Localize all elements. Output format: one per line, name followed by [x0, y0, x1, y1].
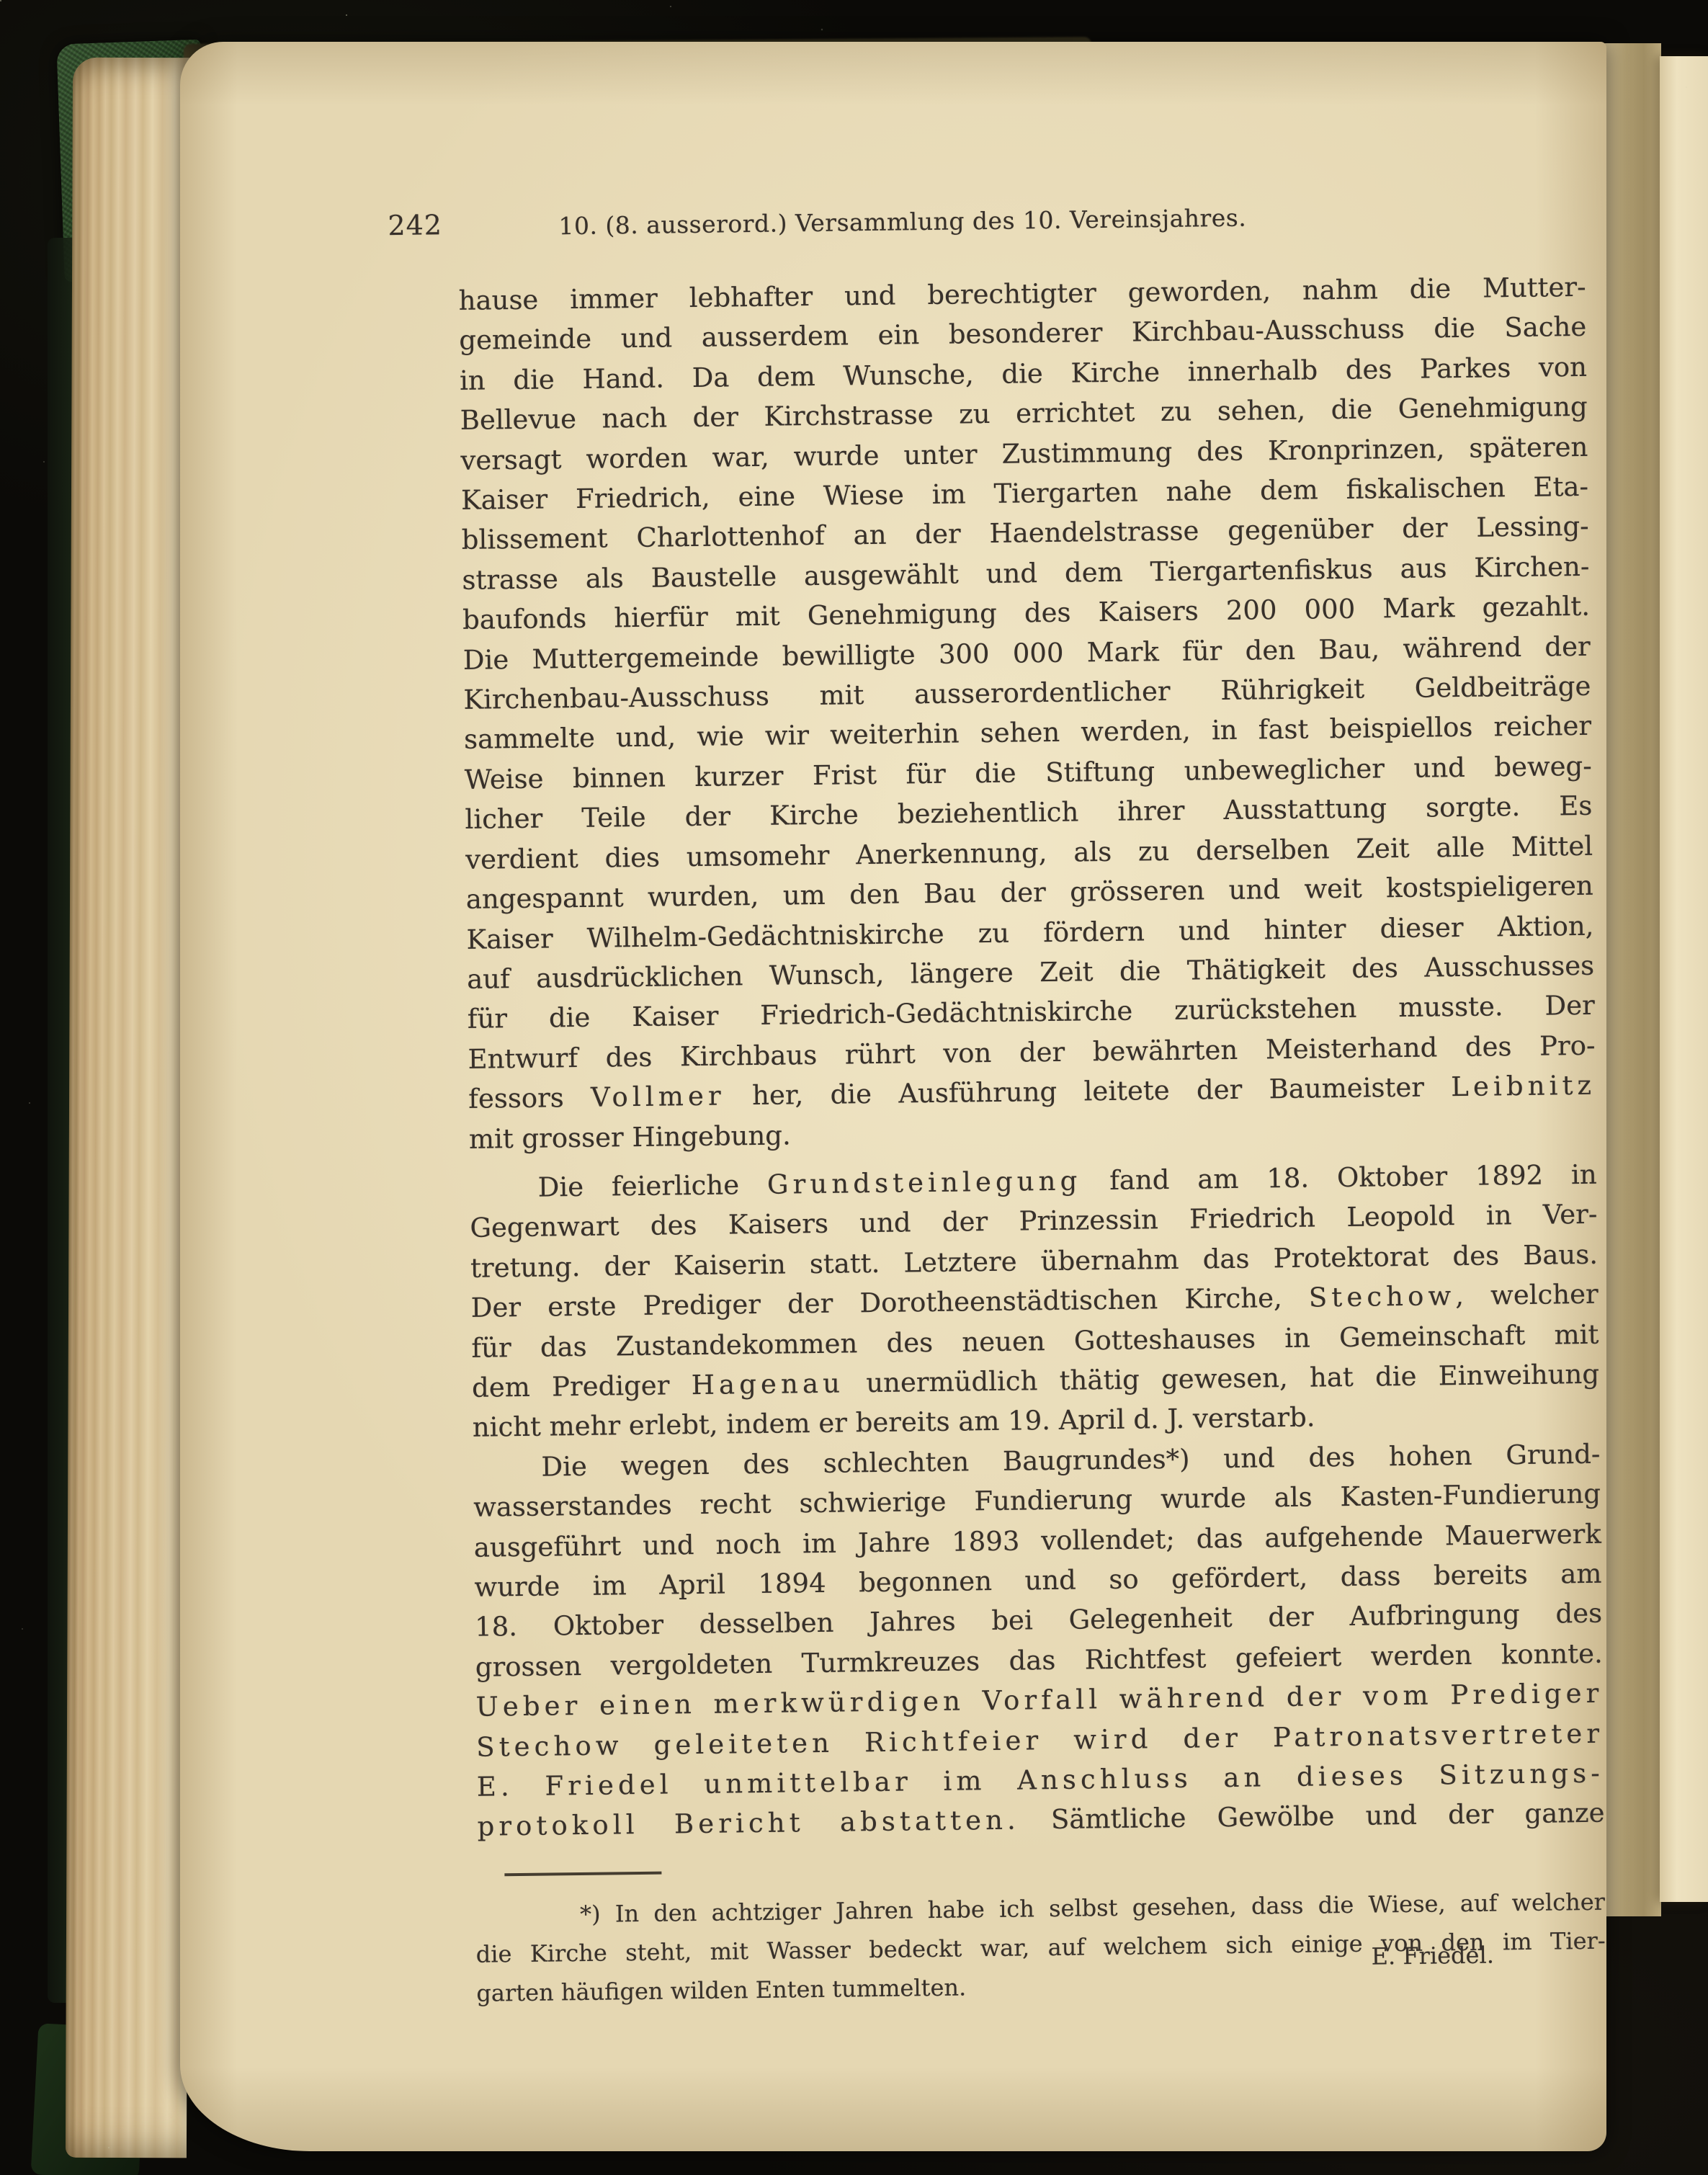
text-segment: fand am 18. Oktober 1892 in — [1081, 1159, 1597, 1197]
text-segment: garten häufigen wilden Enten tummelten. — [476, 1973, 966, 2006]
body-text: hause immer lebhafter und berechtigter g… — [458, 267, 1604, 1847]
text-segment: mit grosser Hingebung. — [469, 1120, 791, 1154]
letterspaced-text: Grundsteinlegung — [767, 1165, 1082, 1200]
text-segment: Der erste Prediger der Dorotheenstädtisc… — [471, 1282, 1310, 1323]
footnote-signature: E. Friedel. — [1371, 1936, 1494, 1976]
page-number: 242 — [388, 209, 442, 241]
footnote-rule — [504, 1872, 661, 1877]
page-text-layer: 242 10. (8. ausserord.) Versammlung des … — [167, 25, 1619, 2152]
text-segment: fessors — [468, 1082, 591, 1115]
text-segment: unermüdlich thätig gewesen, hat die Einw… — [844, 1359, 1600, 1399]
text-segment: her, die Ausführung leitete der Baumeist… — [725, 1071, 1451, 1111]
book-photo: 242 10. (8. ausserord.) Versammlung des … — [0, 0, 1708, 2175]
text-segment: *) In den achtziger Jahren habe ich selb… — [580, 1888, 1605, 1928]
text-segment: Die feierliche — [537, 1169, 767, 1203]
letterspaced-text: Hagenau — [691, 1367, 844, 1401]
letterspaced-text: Leibnitz — [1451, 1070, 1596, 1102]
text-segment: nicht mehr erlebt, indem er bereits am 1… — [473, 1402, 1315, 1443]
text-segment: dem Prediger — [472, 1370, 692, 1403]
letterspaced-text: Stechow — [1309, 1280, 1456, 1313]
running-header: 10. (8. ausserord.) Versammlung des 10. … — [558, 204, 1246, 241]
text-segment: , welcher — [1455, 1279, 1599, 1311]
facing-page-edge — [1660, 56, 1708, 1902]
text-segment: Sämtliche Gewölbe und der ganze — [1020, 1797, 1605, 1836]
footnote: E. Friedel. *) In den achtziger Jahren h… — [475, 1883, 1606, 2013]
letterspaced-text: protokoll Bericht abstatten. — [477, 1805, 1020, 1842]
letterspaced-text: Vollmer — [591, 1081, 725, 1113]
book-page: 242 10. (8. ausserord.) Versammlung des … — [180, 42, 1606, 2151]
